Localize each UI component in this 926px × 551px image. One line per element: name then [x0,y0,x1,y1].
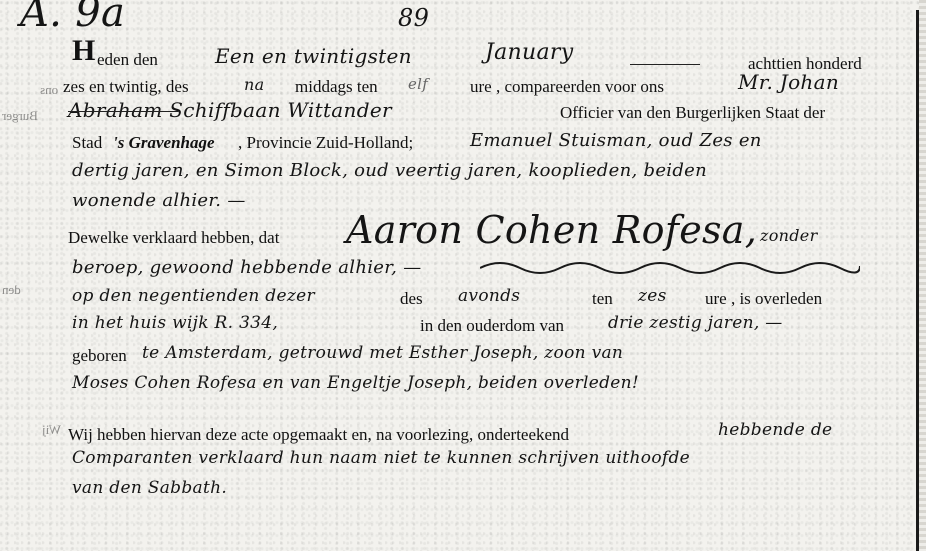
wavy-fill-line [480,258,860,278]
handwritten-text: elf [408,75,428,93]
handwritten-date-death: op den negentienden dezer [72,286,315,306]
handwritten-birthplace-spouse: te Amsterdam, getrouwd met Esther Joseph… [142,343,623,363]
printed-text: ure , compareerden voor ons [470,77,664,97]
strike-line [630,64,700,65]
header-handwriting: A. 9a [20,0,125,36]
printed-text: geboren [72,346,127,366]
printed-text: ten [592,289,613,309]
deceased-name: Aaron Cohen Rofesa, [346,208,757,252]
handwritten-text: wonende alhier. — [72,190,246,211]
printed-text: Wij hebben hiervan deze acte opgemaakt e… [68,425,569,445]
bleed-through-text: ons [40,82,58,98]
handwritten-officer-name: Abraham Schiffbaan Wittander [68,98,392,122]
page-binding-edge [919,0,926,551]
handwritten-text: na [244,75,264,94]
printed-text: ure , is overleden [705,289,822,309]
handwritten-parents: Moses Cohen Rofesa en van Engeltje Josep… [72,373,639,393]
handwritten-officer-name: Mr. Johan [738,70,839,94]
printed-text: , Provincie Zuid-Holland; [238,133,413,153]
printed-text: Stad [72,133,102,153]
handwritten-text: zes [638,286,667,306]
handwritten-text: beroep, gewoond hebbende alhier, — [72,257,422,278]
printed-text: des [400,289,423,309]
handwritten-text: van den Sabbath. [72,478,227,498]
handwritten-text: Comparanten verklaard hun naam niet te k… [72,448,690,468]
printed-text: middags ten [295,77,378,97]
bleed-through-text: Burger [2,108,38,124]
strike-line [68,111,178,112]
printed-text: Dewelke verklaard hebben, dat [68,228,279,248]
handwritten-date-day: Een en twintigsten [215,44,412,68]
handwritten-text: avonds [458,286,520,306]
handwritten-date-month: January [485,40,573,65]
printed-text: Officier van den Burgerlijken Staat der [560,103,825,123]
handwritten-address: in het huis wijk R. 334, [72,313,278,333]
page-number: 89 [398,4,429,32]
drop-cap-letter: H [72,36,95,66]
printed-text: in den ouderdom van [420,316,564,336]
handwritten-witness: dertig jaren, en Simon Block, oud veerti… [72,160,707,181]
handwritten-witness: Emanuel Stuisman, oud Zes en [470,130,762,151]
printed-text: eden den [97,50,158,70]
printed-text: zes en twintig, des [63,77,189,97]
bleed-through-text: den [2,282,21,298]
civil-record-page: ons Burger den Wij A. 9a 89 H eden den E… [0,0,926,551]
city-name: 's Gravenhage [113,133,215,153]
handwritten-text: hebbende de [718,420,832,440]
bleed-through-text: Wij [42,422,61,438]
handwritten-text: zonder [760,226,818,245]
handwritten-age: drie zestig jaren, — [608,313,783,333]
